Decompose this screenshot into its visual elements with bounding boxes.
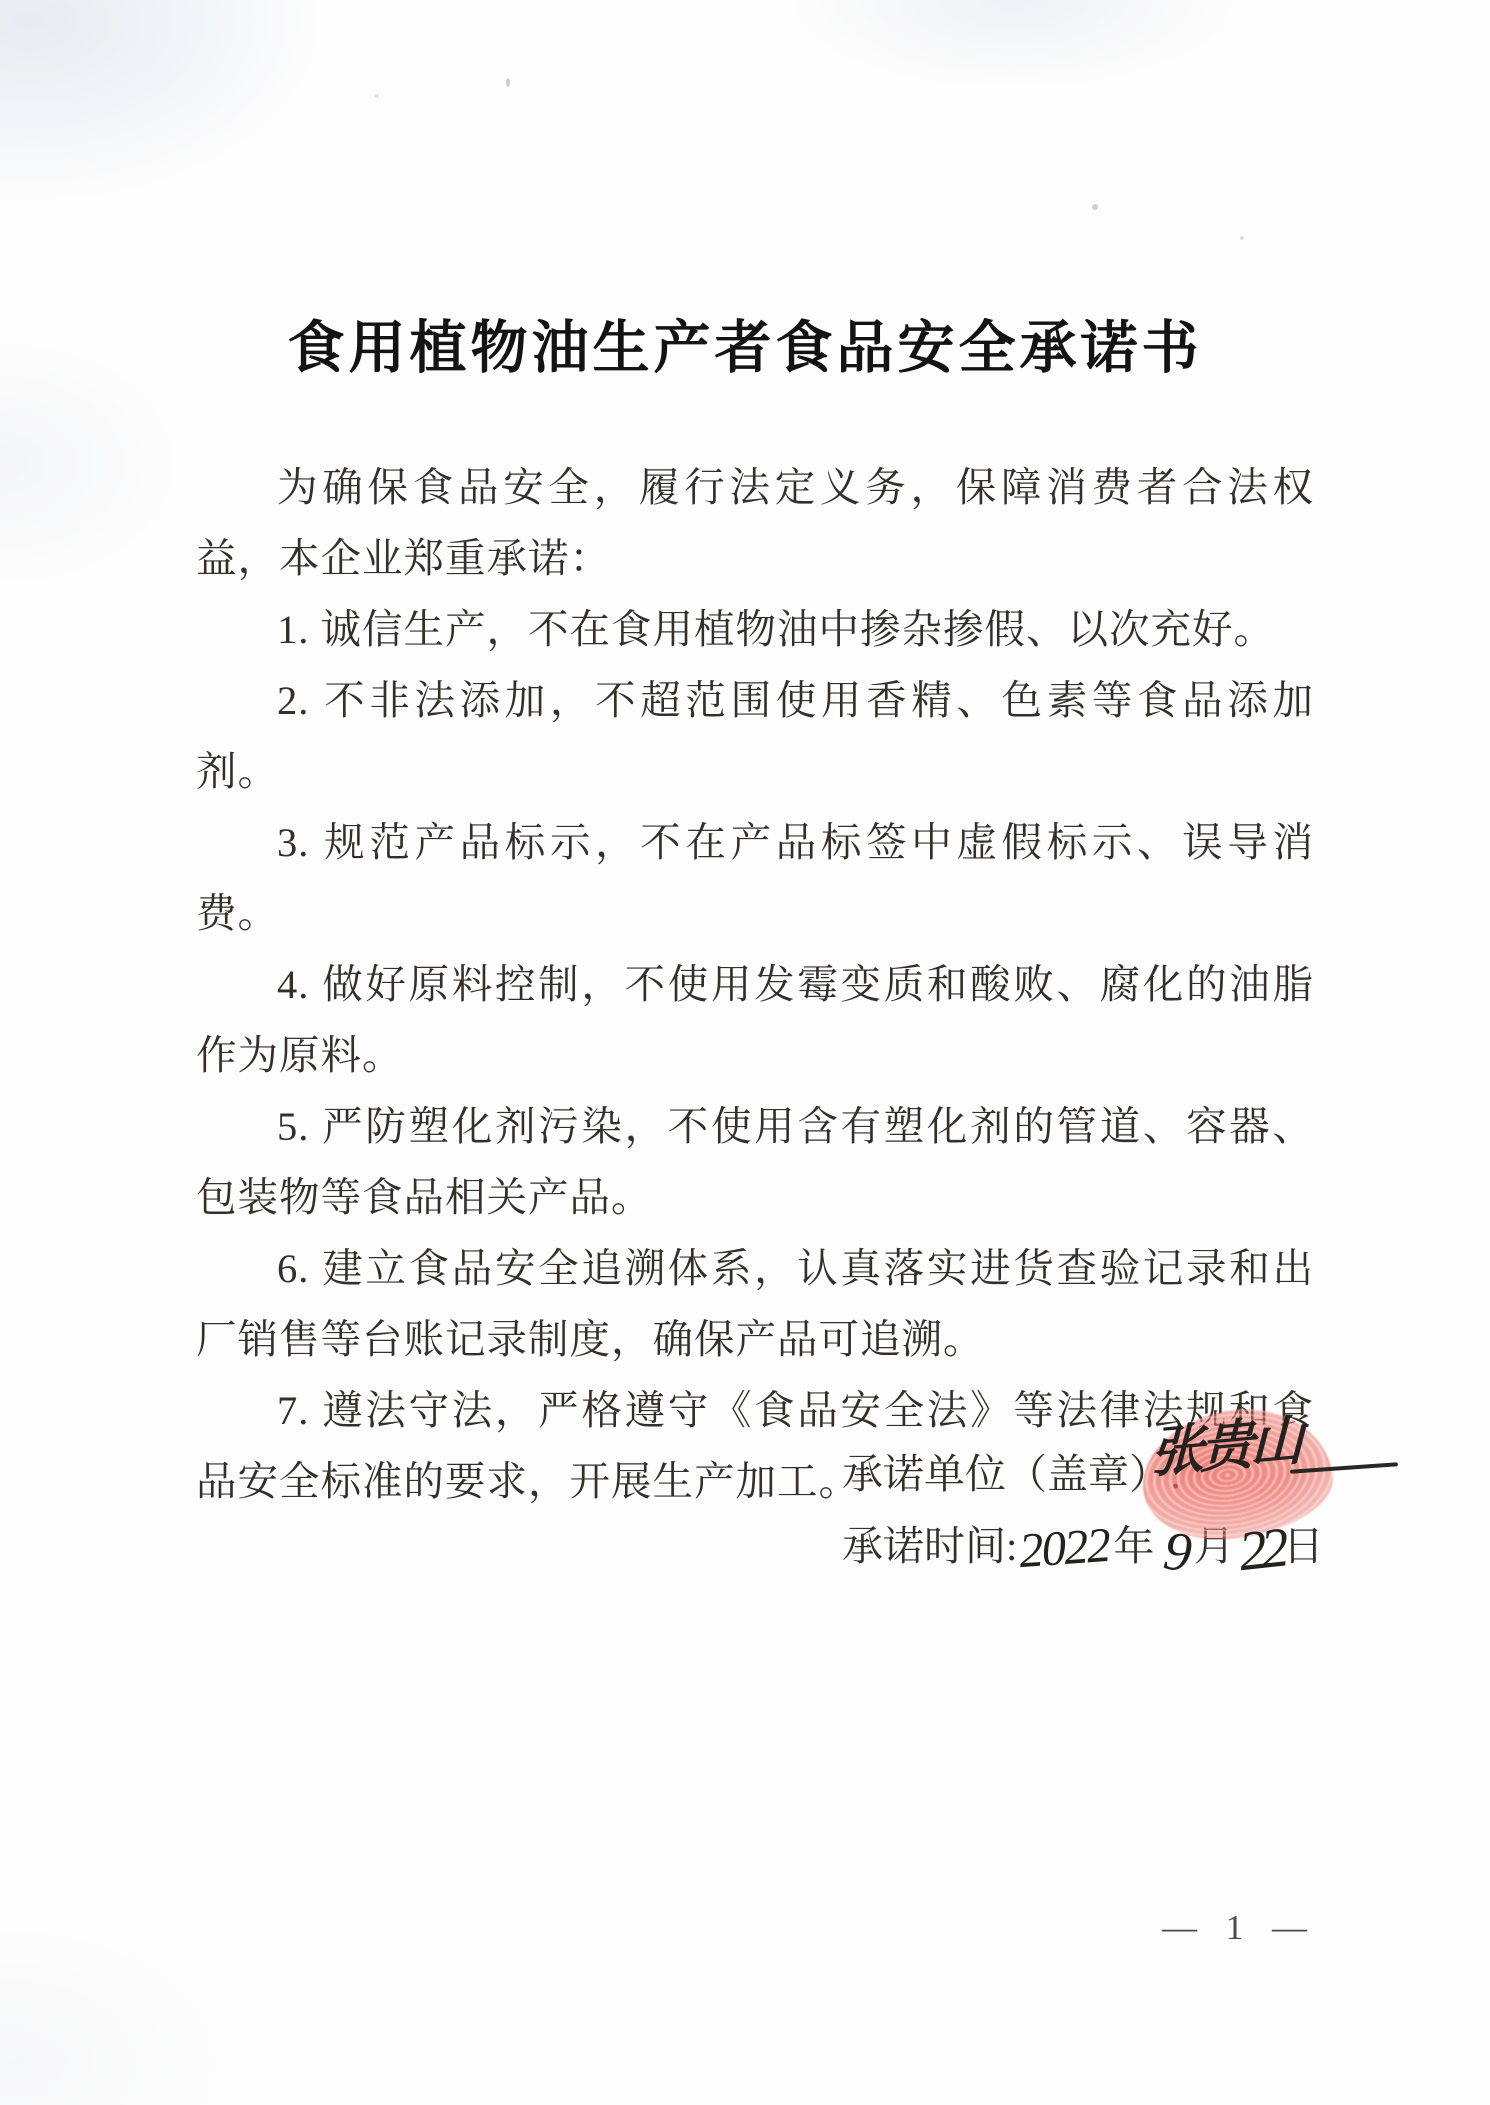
signature-unit-row: 承诺单位（盖章）: 张贵山	[842, 1438, 1402, 1510]
unit-label: 承诺单位（盖章）:	[842, 1451, 1181, 1497]
scan-speck	[1092, 204, 1098, 210]
scan-speck	[1240, 236, 1244, 240]
commitment-item-6: 6. 建立食品安全追溯体系，认真落实进货查验记录和出厂销售等台账记录制度，确保产…	[196, 1233, 1314, 1375]
commitment-item-3: 3. 规范产品标示，不在产品标签中虚假标示、误导消费。	[196, 807, 1314, 949]
commitment-item-5: 5. 严防塑化剂污染，不使用含有塑化剂的管道、容器、包装物等食品相关产品。	[196, 1091, 1314, 1233]
time-label: 承诺时间:	[842, 1523, 1017, 1569]
day-suffix: 日	[1283, 1523, 1324, 1569]
handwritten-year: 2022	[1018, 1520, 1111, 1575]
scan-speck	[506, 78, 510, 87]
handwritten-month: 9	[1161, 1523, 1195, 1581]
intro-paragraph: 为确保食品安全，履行法定义务，保障消费者合法权益，本企业郑重承诺：	[196, 452, 1314, 594]
commitment-item-4: 4. 做好原料控制，不使用发霉变质和酸败、腐化的油脂作为原料。	[196, 949, 1314, 1091]
page-title: 食用植物油生产者食品安全承诺书	[0, 302, 1490, 384]
signature-date-row: 承诺时间:2022年9月22日	[842, 1510, 1402, 1582]
commitment-item-2: 2. 不非法添加，不超范围使用香精、色素等食品添加剂。	[196, 665, 1314, 807]
page-number: — 1 —	[1162, 1908, 1317, 1948]
handwritten-day: 22	[1236, 1520, 1286, 1580]
year-suffix: 年	[1113, 1523, 1154, 1569]
document-body: 为确保食品安全，履行法定义务，保障消费者合法权益，本企业郑重承诺： 1. 诚信生…	[196, 452, 1314, 1517]
signature-block: 承诺单位（盖章）: 张贵山 承诺时间:2022年9月22日	[842, 1438, 1402, 1582]
commitment-item-1: 1. 诚信生产，不在食用植物油中掺杂掺假、以次充好。	[196, 594, 1314, 665]
scanned-document-page: 食用植物油生产者食品安全承诺书 为确保食品安全，履行法定义务，保障消费者合法权益…	[0, 0, 1490, 2105]
scan-speck	[374, 94, 379, 98]
handwritten-signature: 张贵山	[1150, 1413, 1300, 1480]
